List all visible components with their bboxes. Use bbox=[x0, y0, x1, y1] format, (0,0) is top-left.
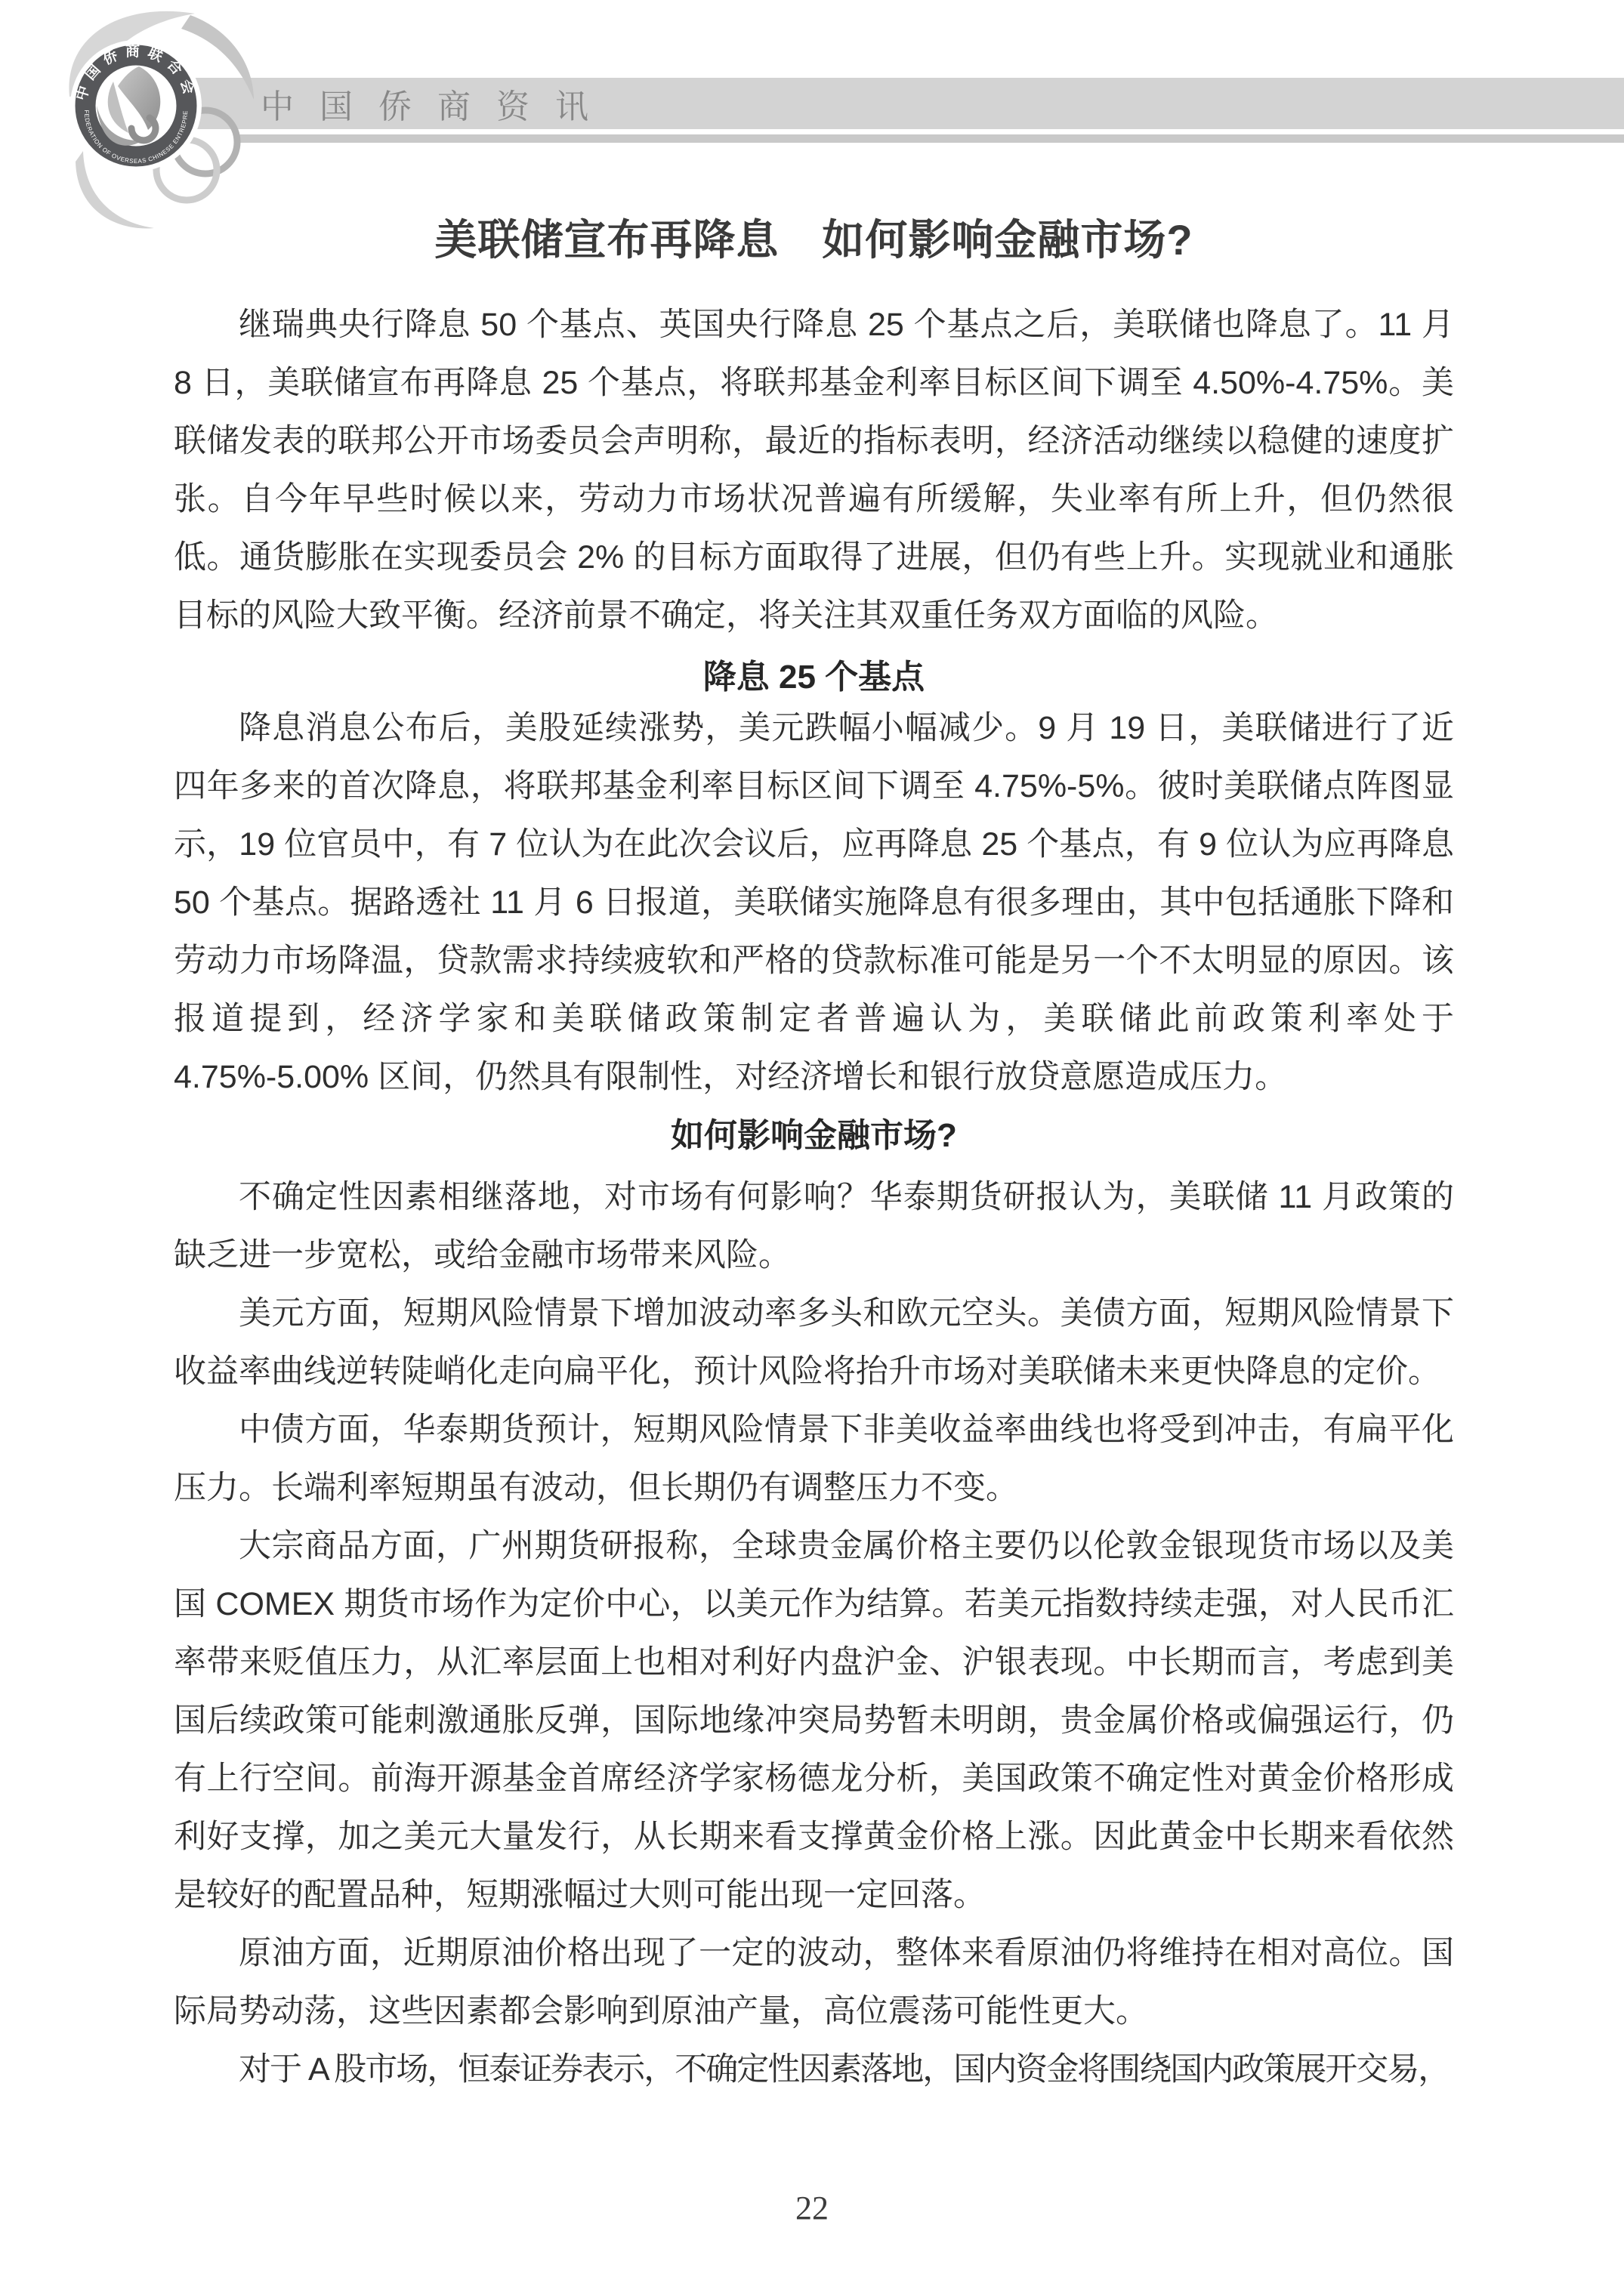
article-paragraph: 不确定性因素相继落地，对市场有何影响？华泰期货研报认为，美联储 11 月政策的缺… bbox=[174, 1168, 1454, 1285]
federation-seal-icon: 中国侨商联合会 CHINA FEDERATION OF OVERSEAS CHI… bbox=[0, 0, 202, 171]
article-paragraph: 降息消息公布后，美股延续涨势，美元跌幅小幅减少。9 月 19 日，美联储进行了近… bbox=[174, 699, 1454, 1106]
section-heading-market-impact: 如何影响金融市场? bbox=[174, 1114, 1454, 1158]
page-number: 22 bbox=[0, 2189, 1624, 2227]
article-paragraph: 继瑞典央行降息 50 个基点、英国央行降息 25 个基点之后，美联储也降息了。1… bbox=[174, 296, 1454, 645]
article-paragraph: 大宗商品方面，广州期货研报称，全球贵金属价格主要仍以伦敦金银现货市场以及美国 C… bbox=[174, 1517, 1454, 1924]
article-paragraph: 原油方面，近期原油价格出现了一定的波动，整体来看原油仍将维持在相对高位。国际局势… bbox=[174, 1924, 1454, 2041]
article-paragraph: 中债方面，华泰期货预计，短期风险情景下非美收益率曲线也将受到冲击，有扁平化压力。… bbox=[174, 1401, 1454, 1517]
section-heading-rate-cut: 降息 25 个基点 bbox=[174, 656, 1454, 699]
article-paragraph: 对于 A 股市场，恒泰证券表示，不确定性因素落地，国内资金将围绕国内政策展开交易… bbox=[174, 2041, 1454, 2099]
article-title: 美联储宣布再降息 如何影响金融市场? bbox=[174, 214, 1454, 267]
article-paragraph: 美元方面，短期风险情景下增加波动率多头和欧元空头。美债方面，短期风险情景下收益率… bbox=[174, 1285, 1454, 1401]
magazine-page: 中国侨商资讯 中国侨商联合会 bbox=[0, 0, 1624, 2293]
article-body: 美联储宣布再降息 如何影响金融市场? 继瑞典央行降息 50 个基点、英国央行降息… bbox=[174, 0, 1454, 2099]
